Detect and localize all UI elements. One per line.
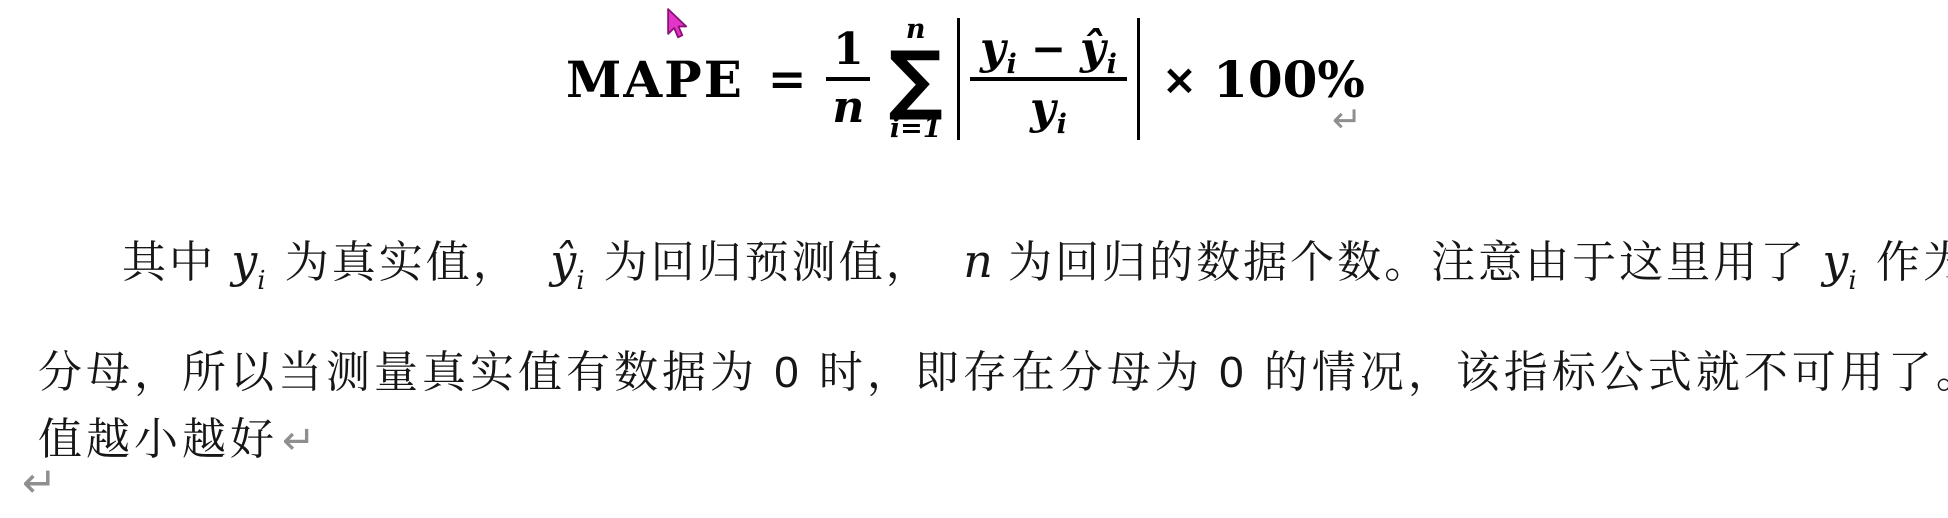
multiplication-sign: × — [1162, 55, 1197, 104]
coef-denominator: n — [826, 85, 870, 131]
inline-var-n: n — [963, 234, 993, 288]
minus-sign: − — [1031, 26, 1066, 72]
var-y: y — [980, 25, 1006, 73]
var-y-hat: ŷ — [1080, 25, 1106, 73]
inline-var-y: y — [231, 234, 257, 288]
inline-subscript-i: i — [257, 266, 265, 296]
absolute-value-bar-left — [957, 18, 960, 140]
cursor-arrow — [668, 9, 686, 37]
absolute-value-bar-right — [1137, 18, 1140, 140]
text-segment: 值越小越好 — [38, 415, 278, 464]
body-text-line-2: 分母，所以当测量真实值有数据为 0 时，即存在分母为 0 的情况，该指标公式就不… — [38, 336, 1928, 400]
text-segment: 作为 — [1861, 238, 1948, 287]
mouse-cursor — [661, 8, 691, 44]
inline-subscript-i: i — [1848, 266, 1856, 296]
paragraph-return-mark: ↵ — [1332, 100, 1362, 141]
empty-paragraph-return-mark: ↵ — [22, 458, 57, 507]
fraction-numerator: yi−ŷi — [970, 25, 1127, 73]
var-y: y — [1030, 85, 1056, 133]
subscript-i: i — [1107, 50, 1117, 80]
text-segment: 为回归的数据个数。注意由于这里用了 — [993, 238, 1822, 287]
subscript-i: i — [1057, 110, 1067, 140]
equals-sign: = — [768, 52, 807, 106]
text-segment: 为真实值， — [270, 238, 551, 287]
text-segment: 为回归预测值， — [589, 238, 964, 287]
summation: n ∑ i=1 — [888, 16, 943, 142]
body-text-line-1: 其中 yi 为真实值， ŷi 为回归预测值， n 为回归的数据个数。注意由于这里… — [38, 226, 1928, 290]
inline-subscript-i: i — [576, 266, 584, 296]
formula-lhs: MAPE — [566, 50, 744, 109]
inline-var-y: y — [1822, 234, 1848, 288]
text-segment: 其中 — [122, 238, 231, 287]
fraction-bar — [970, 77, 1127, 81]
subscript-i: i — [1007, 50, 1017, 80]
main-fraction: yi−ŷi yi — [970, 25, 1127, 134]
paragraph-return-mark: ↵ — [282, 418, 316, 464]
coefficient-fraction: 1 n — [826, 27, 870, 131]
coef-numerator: 1 — [827, 27, 870, 73]
sum-lower-limit: i=1 — [890, 115, 942, 142]
inline-var-y-hat: ŷ — [550, 234, 576, 288]
fraction-denominator: yi — [1020, 85, 1077, 133]
body-text-line-3: 值越小越好↵ — [38, 403, 1928, 467]
sigma-symbol: ∑ — [888, 43, 943, 115]
fraction-bar — [826, 77, 870, 81]
